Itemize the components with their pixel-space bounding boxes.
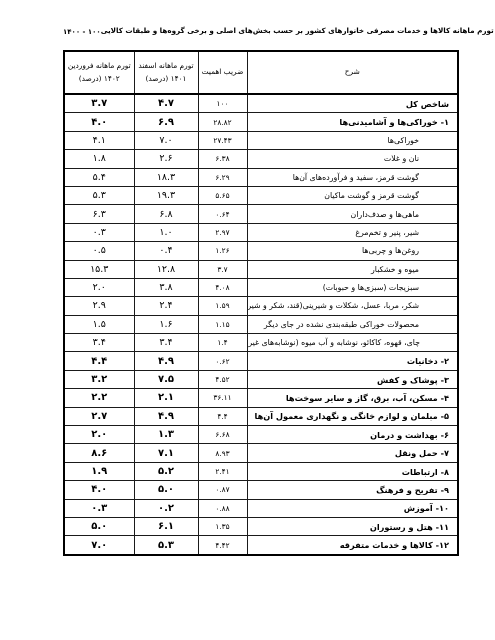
row-weight: ۲۸.۸۲: [198, 113, 247, 131]
row-esfand-value: ۵.۲: [134, 462, 198, 480]
row-farvardin-value: ۷.۰: [64, 536, 134, 555]
row-label: ۳- پوشاک و کفش: [247, 370, 458, 388]
table-row: ۱۰- آموزش ۰.۸۸ ۰.۲ ۰.۳: [64, 499, 458, 517]
row-farvardin-value: ۵.۰: [64, 517, 134, 535]
row-weight: ۴.۴۲: [198, 536, 247, 555]
row-label: ۴- مسکن، آب، برق، گاز و سایر سوخت‌ها: [247, 389, 458, 407]
row-label: ۱۰- آموزش: [247, 499, 458, 517]
header-weight-label: ضریب اهمیت: [202, 67, 244, 76]
header-farvardin: تورم ماهانه فروردین ۱۴۰۲ (درصد): [64, 51, 134, 94]
header-weight: ضریب اهمیت: [198, 51, 247, 94]
row-farvardin-value: ۱.۵: [64, 315, 134, 333]
table-row: روغن‌ها و چربی‌ها ۱.۲۶ ۰.۴ ۰.۵: [64, 242, 458, 260]
row-label: ۵- مبلمان و لوازم خانگی و نگهداری معمول …: [247, 407, 458, 425]
report-page: ۱۴۰۰ - ۱۰۰ تورم ماهانه کالاها و خدمات مص…: [0, 0, 495, 640]
row-weight: ۴.۰۸: [198, 278, 247, 296]
table-row: ۷- حمل ونقل ۸.۹۳ ۷.۱ ۸.۶: [64, 444, 458, 462]
table-row: ماهی‌ها و صدف‌داران ۰.۶۴ ۶.۸ ۶.۳: [64, 205, 458, 223]
row-esfand-value: ۲.۱: [134, 389, 198, 407]
row-esfand-value: ۴.۹: [134, 407, 198, 425]
row-label: ۸- ارتباطات: [247, 462, 458, 480]
row-label: گوشت قرمز و گوشت ماکیان: [247, 186, 458, 204]
header-esfand-line2: ۱۴۰۱ (درصد): [135, 73, 198, 86]
row-weight: ۵.۶۵: [198, 186, 247, 204]
table-row: ۵- مبلمان و لوازم خانگی و نگهداری معمول …: [64, 407, 458, 425]
row-weight: ۱.۵۹: [198, 297, 247, 315]
header-esfand-line1: تورم ماهانه اسفند: [135, 60, 198, 73]
row-esfand-value: ۴.۷: [134, 94, 198, 113]
row-label: محصولات خوراکی طبقه‌بندی نشده در جای دیگ…: [247, 315, 458, 333]
row-label: ۱۱- هتل و رستوران: [247, 517, 458, 535]
table-row: ۱۲- کالاها و خدمات متفرقه ۴.۴۲ ۵.۳ ۷.۰: [64, 536, 458, 555]
row-label: گوشت قرمز، سفید و فرآورده‌های آن‌ها: [247, 168, 458, 186]
header-description-label: شرح: [345, 67, 360, 76]
header-esfand: تورم ماهانه اسفند ۱۴۰۱ (درصد): [134, 51, 198, 94]
row-label: خوراکی‌ها: [247, 131, 458, 149]
row-farvardin-value: ۴.۴: [64, 352, 134, 370]
row-farvardin-value: ۱.۸: [64, 150, 134, 168]
row-label: ۶- بهداشت و درمان: [247, 426, 458, 444]
table-row: ۳- پوشاک و کفش ۴.۵۲ ۷.۵ ۳.۲: [64, 370, 458, 388]
row-esfand-value: ۷.۱: [134, 444, 198, 462]
row-farvardin-value: ۲.۰: [64, 278, 134, 296]
table-row: ۴- مسکن، آب، برق، گاز و سایر سوخت‌ها ۳۶.…: [64, 389, 458, 407]
row-farvardin-value: ۸.۶: [64, 444, 134, 462]
page-header: ۱۴۰۰ - ۱۰۰ تورم ماهانه کالاها و خدمات مص…: [63, 27, 492, 36]
row-weight: ۳۶.۱۱: [198, 389, 247, 407]
row-esfand-value: ۱.۶: [134, 315, 198, 333]
row-farvardin-value: ۶.۳: [64, 205, 134, 223]
row-esfand-value: ۶.۸: [134, 205, 198, 223]
row-esfand-value: ۰.۴: [134, 242, 198, 260]
table-row: سبزیجات (سبزی‌ها و حبوبات) ۴.۰۸ ۳.۸ ۲.۰: [64, 278, 458, 296]
table-row: ۲- دخانیات ۰.۶۲ ۴.۹ ۴.۴: [64, 352, 458, 370]
row-weight: ۱.۲۶: [198, 242, 247, 260]
row-esfand-value: ۲.۶: [134, 150, 198, 168]
row-farvardin-value: ۱۵.۳: [64, 260, 134, 278]
table-row: نان و غلات ۶.۳۸ ۲.۶ ۱.۸: [64, 150, 458, 168]
row-esfand-value: ۱.۳: [134, 426, 198, 444]
row-weight: ۴.۴: [198, 407, 247, 425]
base-year-note: ۱۴۰۰ - ۱۰۰: [63, 28, 101, 36]
table-row: میوه و خشکبار ۳.۷ ۱۲.۸ ۱۵.۳: [64, 260, 458, 278]
row-esfand-value: ۱۹.۳: [134, 186, 198, 204]
row-weight: ۲.۹۷: [198, 223, 247, 241]
row-esfand-value: ۱۸.۳: [134, 168, 198, 186]
row-esfand-value: ۳.۴: [134, 334, 198, 352]
header-row: شرح ضریب اهمیت تورم ماهانه اسفند ۱۴۰۱ (د…: [64, 51, 458, 94]
row-label: ۹- تفریح و فرهنگ: [247, 481, 458, 499]
row-label: چای، قهوه، کاکائو، نوشابه و آب میوه (نوش…: [247, 334, 458, 352]
row-esfand-value: ۱.۰: [134, 223, 198, 241]
row-label: ۷- حمل ونقل: [247, 444, 458, 462]
table-row: خوراکی‌ها ۲۷.۴۳ ۷.۰ ۴.۱: [64, 131, 458, 149]
row-weight: ۱۰۰: [198, 94, 247, 113]
row-weight: ۶.۳۸: [198, 150, 247, 168]
row-farvardin-value: ۱.۹: [64, 462, 134, 480]
table-row: شاخص کل ۱۰۰ ۴.۷ ۳.۷: [64, 94, 458, 113]
header-description: شرح: [247, 51, 458, 94]
row-weight: ۴.۵۲: [198, 370, 247, 388]
row-esfand-value: ۵.۳: [134, 536, 198, 555]
row-farvardin-value: ۵.۴: [64, 168, 134, 186]
row-esfand-value: ۳.۸: [134, 278, 198, 296]
row-weight: ۰.۶۴: [198, 205, 247, 223]
page-title: تورم ماهانه کالاها و خدمات مصرفی خانواره…: [101, 27, 494, 36]
table-row: چای، قهوه، کاکائو، نوشابه و آب میوه (نوش…: [64, 334, 458, 352]
row-farvardin-value: ۳.۲: [64, 370, 134, 388]
row-weight: ۶.۶۸: [198, 426, 247, 444]
row-label: نان و غلات: [247, 150, 458, 168]
row-weight: ۱.۴: [198, 334, 247, 352]
row-farvardin-value: ۴.۱: [64, 131, 134, 149]
row-weight: ۸.۹۳: [198, 444, 247, 462]
row-label: میوه و خشکبار: [247, 260, 458, 278]
row-esfand-value: ۱۲.۸: [134, 260, 198, 278]
row-label: ۲- دخانیات: [247, 352, 458, 370]
table-row: ۸- ارتباطات ۲.۴۱ ۵.۲ ۱.۹: [64, 462, 458, 480]
row-farvardin-value: ۳.۷: [64, 94, 134, 113]
row-farvardin-value: ۰.۳: [64, 223, 134, 241]
row-farvardin-value: ۰.۵: [64, 242, 134, 260]
row-label: ۱۲- کالاها و خدمات متفرقه: [247, 536, 458, 555]
table-row: گوشت قرمز، سفید و فرآورده‌های آن‌ها ۶.۲۹…: [64, 168, 458, 186]
row-farvardin-value: ۲.۷: [64, 407, 134, 425]
row-esfand-value: ۵.۰: [134, 481, 198, 499]
table-row: محصولات خوراکی طبقه‌بندی نشده در جای دیگ…: [64, 315, 458, 333]
row-esfand-value: ۴.۹: [134, 352, 198, 370]
table-row: شیر، پنیر و تخم‌مرغ ۲.۹۷ ۱.۰ ۰.۳: [64, 223, 458, 241]
row-weight: ۶.۲۹: [198, 168, 247, 186]
table-body: شاخص کل ۱۰۰ ۴.۷ ۳.۷ ۱- خوراکی‌ها و آشامی…: [64, 94, 458, 555]
row-esfand-value: ۶.۱: [134, 517, 198, 535]
inflation-table: شرح ضریب اهمیت تورم ماهانه اسفند ۱۴۰۱ (د…: [63, 50, 459, 556]
header-farvardin-line2: ۱۴۰۲ (درصد): [65, 73, 134, 86]
table-row: شکر، مربا، عسل، شکلات و شیرینی(قند، شکر …: [64, 297, 458, 315]
table-row: ۶- بهداشت و درمان ۶.۶۸ ۱.۳ ۲.۰: [64, 426, 458, 444]
row-label: سبزیجات (سبزی‌ها و حبوبات): [247, 278, 458, 296]
row-weight: ۱.۳۵: [198, 517, 247, 535]
row-weight: ۰.۶۲: [198, 352, 247, 370]
row-weight: ۱.۱۵: [198, 315, 247, 333]
table-row: ۱- خوراکی‌ها و آشامیدنی‌ها ۲۸.۸۲ ۶.۹ ۴.۰: [64, 113, 458, 131]
table-row: ۹- تفریح و فرهنگ ۰.۸۷ ۵.۰ ۴.۰: [64, 481, 458, 499]
row-farvardin-value: ۲.۰: [64, 426, 134, 444]
row-label: شکر، مربا، عسل، شکلات و شیرینی(قند، شکر …: [247, 297, 458, 315]
row-farvardin-value: ۲.۹: [64, 297, 134, 315]
row-farvardin-value: ۴.۰: [64, 481, 134, 499]
row-label: شاخص کل: [247, 94, 458, 113]
row-label: شیر، پنیر و تخم‌مرغ: [247, 223, 458, 241]
row-esfand-value: ۶.۹: [134, 113, 198, 131]
row-farvardin-value: ۲.۲: [64, 389, 134, 407]
row-weight: ۰.۸۸: [198, 499, 247, 517]
row-weight: ۰.۸۷: [198, 481, 247, 499]
row-farvardin-value: ۵.۳: [64, 186, 134, 204]
row-farvardin-value: ۴.۰: [64, 113, 134, 131]
row-esfand-value: ۲.۴: [134, 297, 198, 315]
row-esfand-value: ۷.۰: [134, 131, 198, 149]
row-label: ۱- خوراکی‌ها و آشامیدنی‌ها: [247, 113, 458, 131]
table-row: گوشت قرمز و گوشت ماکیان ۵.۶۵ ۱۹.۳ ۵.۳: [64, 186, 458, 204]
table-row: ۱۱- هتل و رستوران ۱.۳۵ ۶.۱ ۵.۰: [64, 517, 458, 535]
row-esfand-value: ۷.۵: [134, 370, 198, 388]
row-farvardin-value: ۳.۴: [64, 334, 134, 352]
row-label: ماهی‌ها و صدف‌داران: [247, 205, 458, 223]
row-weight: ۳.۷: [198, 260, 247, 278]
row-weight: ۲۷.۴۳: [198, 131, 247, 149]
row-weight: ۲.۴۱: [198, 462, 247, 480]
row-esfand-value: ۰.۲: [134, 499, 198, 517]
row-label: روغن‌ها و چربی‌ها: [247, 242, 458, 260]
header-farvardin-line1: تورم ماهانه فروردین: [65, 60, 134, 73]
row-farvardin-value: ۰.۳: [64, 499, 134, 517]
